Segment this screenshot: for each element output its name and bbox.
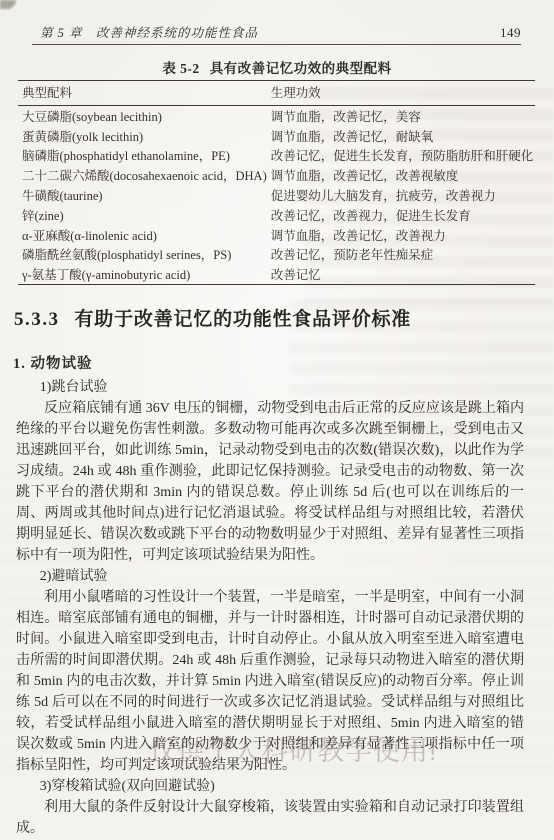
scan-artifact	[0, 0, 16, 9]
cell-effect: 调节血脂，改善记忆，改善视敏度	[267, 165, 535, 185]
section-heading: 5.3.3有助于改善记忆的功能性食品评价标准	[14, 304, 411, 331]
subsection-heading: 1. 动物试验	[13, 354, 524, 375]
cell-effect: 改善记忆	[267, 264, 535, 284]
chapter-title: 第 5 章 改善神经系统的功能性食品	[32, 23, 258, 41]
cell-effect: 改善记忆，促进生长发育，预防脂肪肝和肝硬化	[267, 146, 535, 166]
section-title: 有助于改善记忆的功能性食品评价标准	[75, 309, 412, 330]
table-row: 脑磷脂(phosphatidyl ethanolamine，PE) 改善记忆，促…	[18, 146, 535, 166]
column-header-ingredient: 典型配料	[18, 81, 267, 106]
table-caption: 表 5-2具有改善记忆功效的典型配料	[0, 57, 554, 77]
table-row: 牛磺酸(taurine) 促进婴幼儿大脑发育，抗疲劳，改善视力	[18, 185, 535, 205]
table-row: α-亚麻酸(α-linolenic acid) 调节血脂，改善记忆，改善视力	[18, 225, 535, 245]
cell-ingredient: 脑磷脂(phosphatidyl ethanolamine，PE)	[18, 146, 267, 166]
cell-ingredient: 锌(zine)	[18, 205, 267, 225]
column-header-effect: 生理功效	[267, 81, 535, 106]
cell-effect: 调节血脂，改善记忆，改善视力	[267, 225, 535, 245]
experiment-paragraph: 反应箱底铺有通 36V 电压的铜栅，动物受到电击后正常的反应应该是跳上箱内绝缘的…	[16, 398, 524, 566]
cell-ingredient: 磷脂酰丝氨酸(plosphatidyl serines，PS)	[18, 245, 267, 265]
cell-ingredient: 牛磺酸(taurine)	[18, 185, 267, 205]
cell-ingredient: 大豆磷脂(soybean lecithin)	[18, 106, 267, 126]
running-head: 第 5 章 改善神经系统的功能性食品 149	[32, 21, 521, 45]
experiment-label: 3)穿梭箱试验(双向回避试验)	[16, 776, 524, 797]
cell-ingredient: 二十二碳六烯酸(docosahexaenoic acid，DHA)	[18, 165, 267, 185]
table-header-row: 典型配料 生理功效	[18, 81, 535, 106]
cell-effect: 调节血脂，改善记忆，美容	[267, 106, 535, 126]
section-number: 5.3.3	[14, 309, 60, 330]
table-row: 二十二碳六烯酸(docosahexaenoic acid，DHA) 调节血脂，改…	[18, 165, 535, 185]
experiment-paragraph: 利用大鼠的条件反射设计大鼠穿梭箱，该装置由实验箱和自动记录打印装置组成。	[16, 797, 524, 839]
cell-ingredient: 蛋黄磷脂(yolk lecithin)	[18, 126, 267, 146]
cell-effect: 促进婴幼儿大脑发育，抗疲劳，改善视力	[267, 185, 535, 205]
table-row: 锌(zine) 改善记忆，改善视力，促进生长发育	[18, 205, 535, 225]
table-row: 蛋黄磷脂(yolk lecithin) 调节血脂，改善记忆，耐缺氧	[18, 126, 535, 146]
table-row: γ-氨基丁酸(γ-aminobutyric acid) 改善记忆	[18, 264, 535, 284]
page-number: 149	[500, 25, 521, 41]
experiment-label: 2)避暗试验	[16, 566, 524, 587]
body-text: 1. 动物试验 1)跳台试验 反应箱底铺有通 36V 电压的铜栅，动物受到电击后…	[16, 354, 524, 839]
table-row: 大豆磷脂(soybean lecithin) 调节血脂，改善记忆，美容	[18, 106, 535, 126]
experiment-label: 1)跳台试验	[16, 377, 524, 398]
table-caption-number: 表 5-2	[162, 61, 199, 76]
table-row: 磷脂酰丝氨酸(plosphatidyl serines，PS) 改善记忆，预防老…	[18, 245, 535, 265]
experiment-paragraph: 利用小鼠嗜暗的习性设计一个装置，一半是暗室，一半是明室，中间有一小洞相连。暗室底…	[16, 587, 524, 776]
ingredients-table: 典型配料 生理功效 大豆磷脂(soybean lecithin) 调节血脂，改善…	[18, 80, 535, 285]
table-caption-title: 具有改善记忆功效的典型配料	[210, 61, 392, 76]
cell-effect: 改善记忆，预防老年性痴呆症	[267, 245, 535, 265]
cell-ingredient: α-亚麻酸(α-linolenic acid)	[18, 225, 267, 245]
cell-effect: 调节血脂，改善记忆，耐缺氧	[267, 126, 535, 146]
cell-ingredient: γ-氨基丁酸(γ-aminobutyric acid)	[18, 264, 267, 284]
scanned-book-page: 第 5 章 改善神经系统的功能性食品 149 表 5-2具有改善记忆功效的典型配…	[0, 0, 554, 840]
cell-effect: 改善记忆，改善视力，促进生长发育	[267, 205, 535, 225]
